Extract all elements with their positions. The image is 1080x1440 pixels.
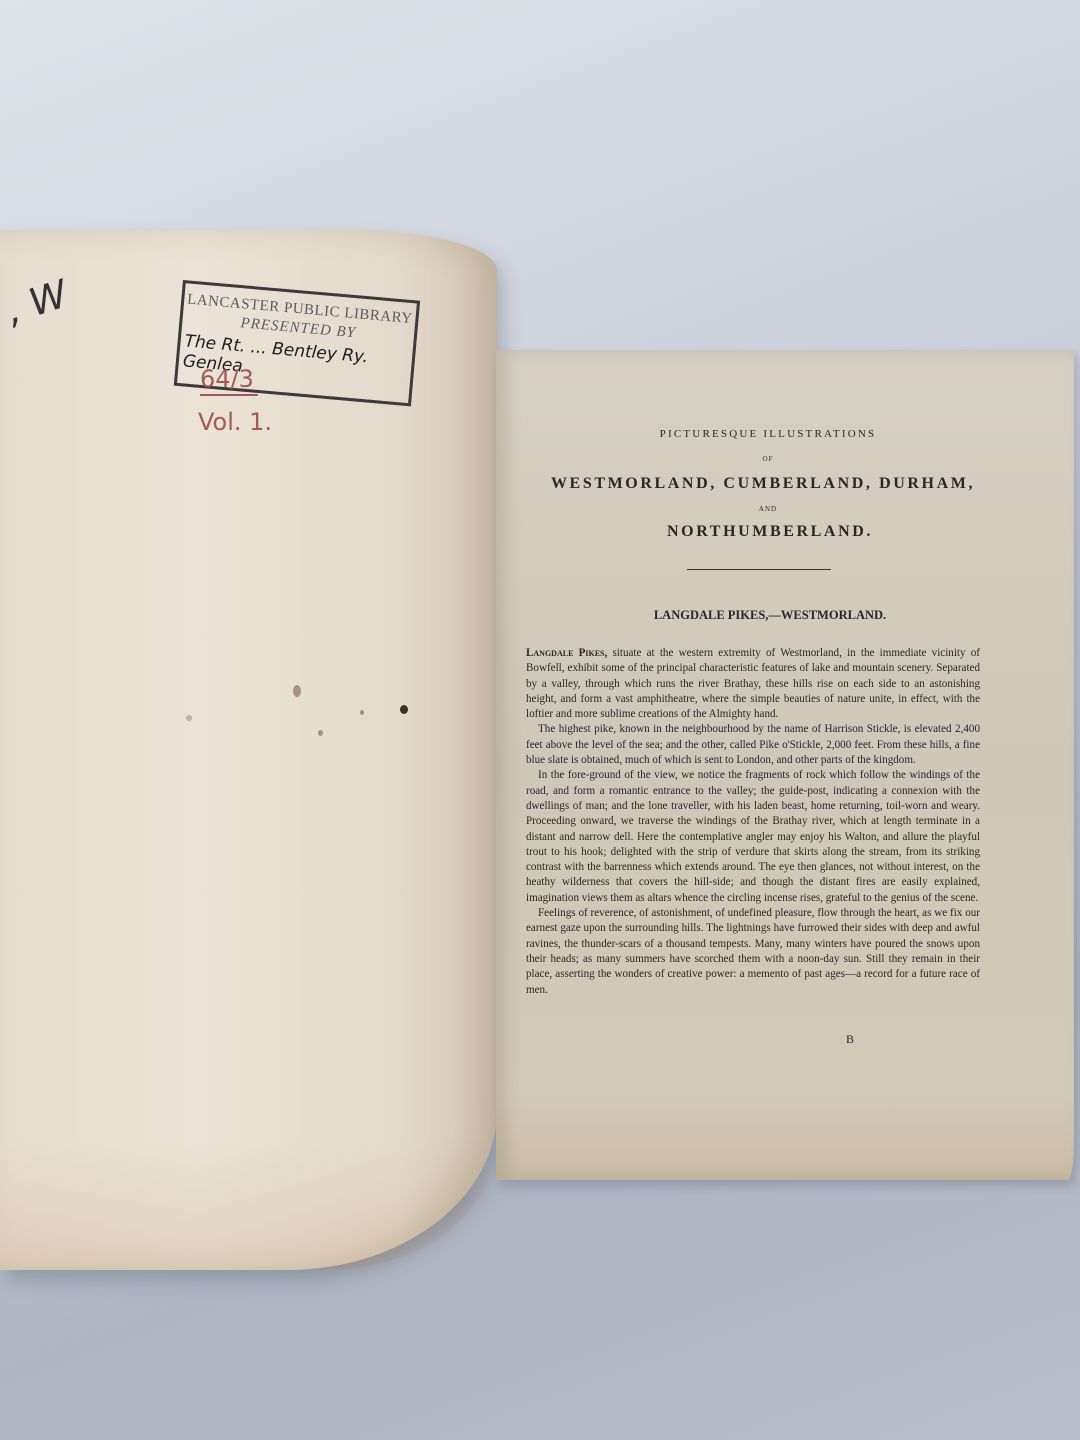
body-text: Langdale Pikes, situate at the western e… xyxy=(526,646,980,998)
shelfmark: 64/3 xyxy=(200,365,258,396)
paragraph: Langdale Pikes, situate at the western e… xyxy=(526,646,980,722)
right-page: PICTURESQUE ILLUSTRATIONS OF WESTMORLAND… xyxy=(496,350,1074,1180)
photo-scene: , W LANCASTER PUBLIC LIBRARY PRESENTED B… xyxy=(0,0,1080,1440)
foxing-stain xyxy=(186,715,192,721)
title-connector-of: OF xyxy=(555,455,981,463)
volume-label: Vol. 1. xyxy=(198,408,272,436)
foxing-stain xyxy=(400,705,408,714)
foxing-stain xyxy=(318,730,323,736)
section-heading: LANGDALE PIKES,—WESTMORLAND. xyxy=(559,608,981,623)
title-line-1: WESTMORLAND, CUMBERLAND, DURHAM, xyxy=(545,475,981,493)
foxing-stain xyxy=(293,685,301,697)
lead-in: Langdale Pikes, xyxy=(526,647,607,659)
signature-mark: B xyxy=(846,1032,854,1047)
title-line-2: NORTHUMBERLAND. xyxy=(559,523,981,541)
paragraph: In the fore-ground of the view, we notic… xyxy=(526,768,980,906)
title-connector-and: AND xyxy=(555,505,981,513)
foxing-stain xyxy=(360,710,364,715)
title-rule-divider xyxy=(687,569,831,570)
series-title: PICTURESQUE ILLUSTRATIONS xyxy=(555,428,981,440)
paragraph: The highest pike, known in the neighbour… xyxy=(526,722,980,768)
printed-text: PICTURESQUE ILLUSTRATIONS OF WESTMORLAND… xyxy=(525,428,981,998)
paragraph: Feelings of reverence, of astonishment, … xyxy=(526,906,980,998)
